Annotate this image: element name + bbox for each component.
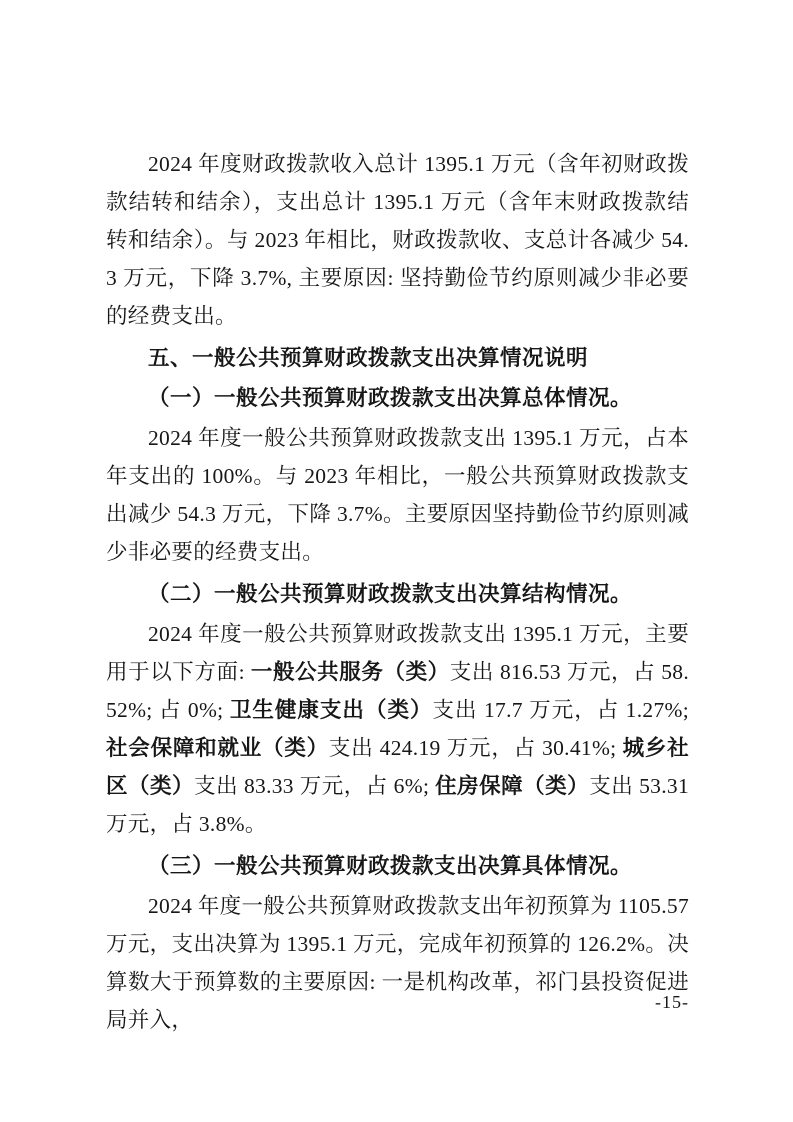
structure-segment-social-security-value: 支出 424.19 万元，占 30.41%;: [329, 736, 623, 760]
structure-segment-health: 卫生健康支出（类）: [230, 698, 433, 722]
paragraph-specific-situation: 2024 年度一般公共预算财政拨款支出年初预算为 1105.57 万元，支出决算…: [106, 887, 689, 1039]
paragraph-expenditure-structure: 2024 年度一般公共预算财政拨款支出 1395.1 万元，主要用于以下方面: …: [106, 615, 689, 843]
structure-segment-health-value: 支出 17.7 万元，占 1.27%;: [433, 698, 689, 722]
text-block: 2024 年度财政拨款收入总计 1395.1 万元（含年初财政拨款结转和结余），…: [106, 145, 689, 1039]
structure-segment-community-value: 支出 83.33 万元，占 6%;: [194, 774, 435, 798]
structure-segment-general-public-services: 一般公共服务（类）: [251, 660, 450, 684]
page-number: -15-: [106, 992, 689, 1012]
heading-sub-2-structure: （二）一般公共预算财政拨款支出决算结构情况。: [106, 577, 689, 611]
paragraph-overall-situation: 2024 年度一般公共预算财政拨款支出 1395.1 万元，占本年支出的 100…: [106, 419, 689, 571]
heading-sub-1-overall: （一）一般公共预算财政拨款支出决算总体情况。: [106, 381, 689, 415]
paragraph-fiscal-appropriation-summary: 2024 年度财政拨款收入总计 1395.1 万元（含年初财政拨款结转和结余），…: [106, 145, 689, 335]
structure-segment-housing-security: 住房保障（类）: [435, 774, 589, 798]
structure-segment-social-security: 社会保障和就业（类）: [106, 736, 329, 760]
heading-sub-3-specific: （三）一般公共预算财政拨款支出决算具体情况。: [106, 849, 689, 883]
document-page: 2024 年度财政拨款收入总计 1395.1 万元（含年初财政拨款结转和结余），…: [0, 0, 793, 1122]
heading-section-5: 五、一般公共预算财政拨款支出决算情况说明: [106, 341, 689, 375]
